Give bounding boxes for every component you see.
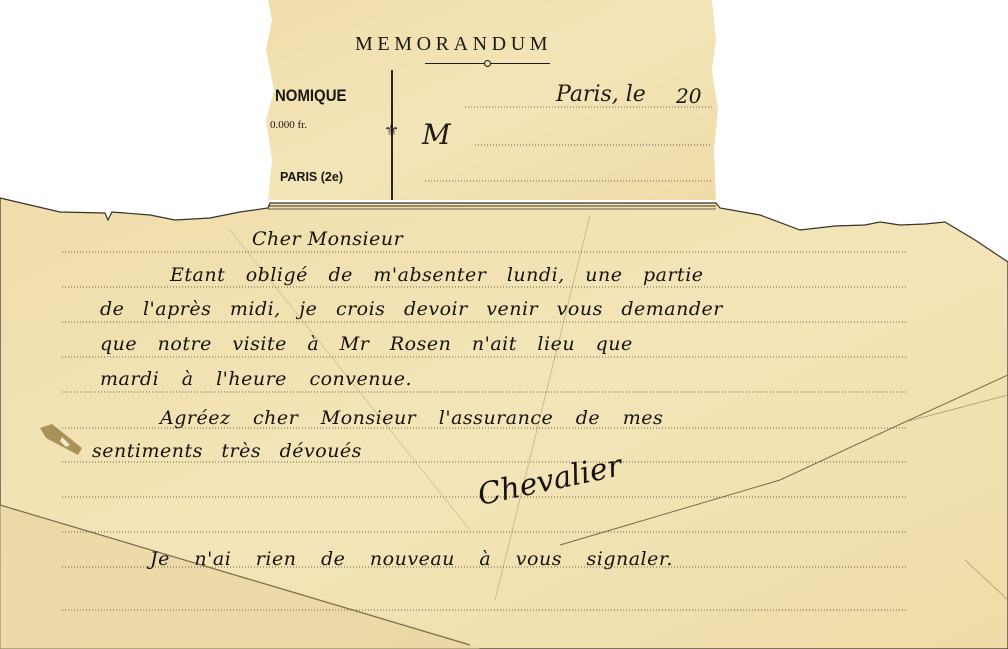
place-date-label: Paris, le	[556, 82, 646, 107]
letter-line: mardi à l'heure convenue.	[100, 368, 412, 390]
fleur-de-lis-icon: ⚜	[384, 121, 399, 141]
company-city: PARIS (2e)	[280, 170, 343, 184]
company-name: NOMIQUE	[275, 86, 346, 106]
memorandum-title: MEMORANDUM	[355, 33, 552, 56]
title-ornament-dot	[484, 60, 491, 67]
company-capital: 0.000 fr.	[270, 119, 307, 131]
letter-line: de l'après midi, je crois devoir venir v…	[100, 298, 723, 320]
closing-line: Agréez cher Monsieur l'assurance de mes	[160, 407, 663, 429]
postscript: Je n'ai rien de nouveau à vous signaler.	[150, 548, 673, 570]
addressee-label: M	[422, 118, 451, 151]
letter-line: que notre visite à Mr Rosen n'ait lieu q…	[100, 333, 633, 355]
salutation: Cher Monsieur	[252, 228, 403, 250]
handwritten-date: 20	[676, 84, 701, 108]
letter-line: Etant obligé de m'absenter lundi, une pa…	[170, 264, 704, 286]
closing-line: sentiments très dévoués	[92, 440, 362, 462]
